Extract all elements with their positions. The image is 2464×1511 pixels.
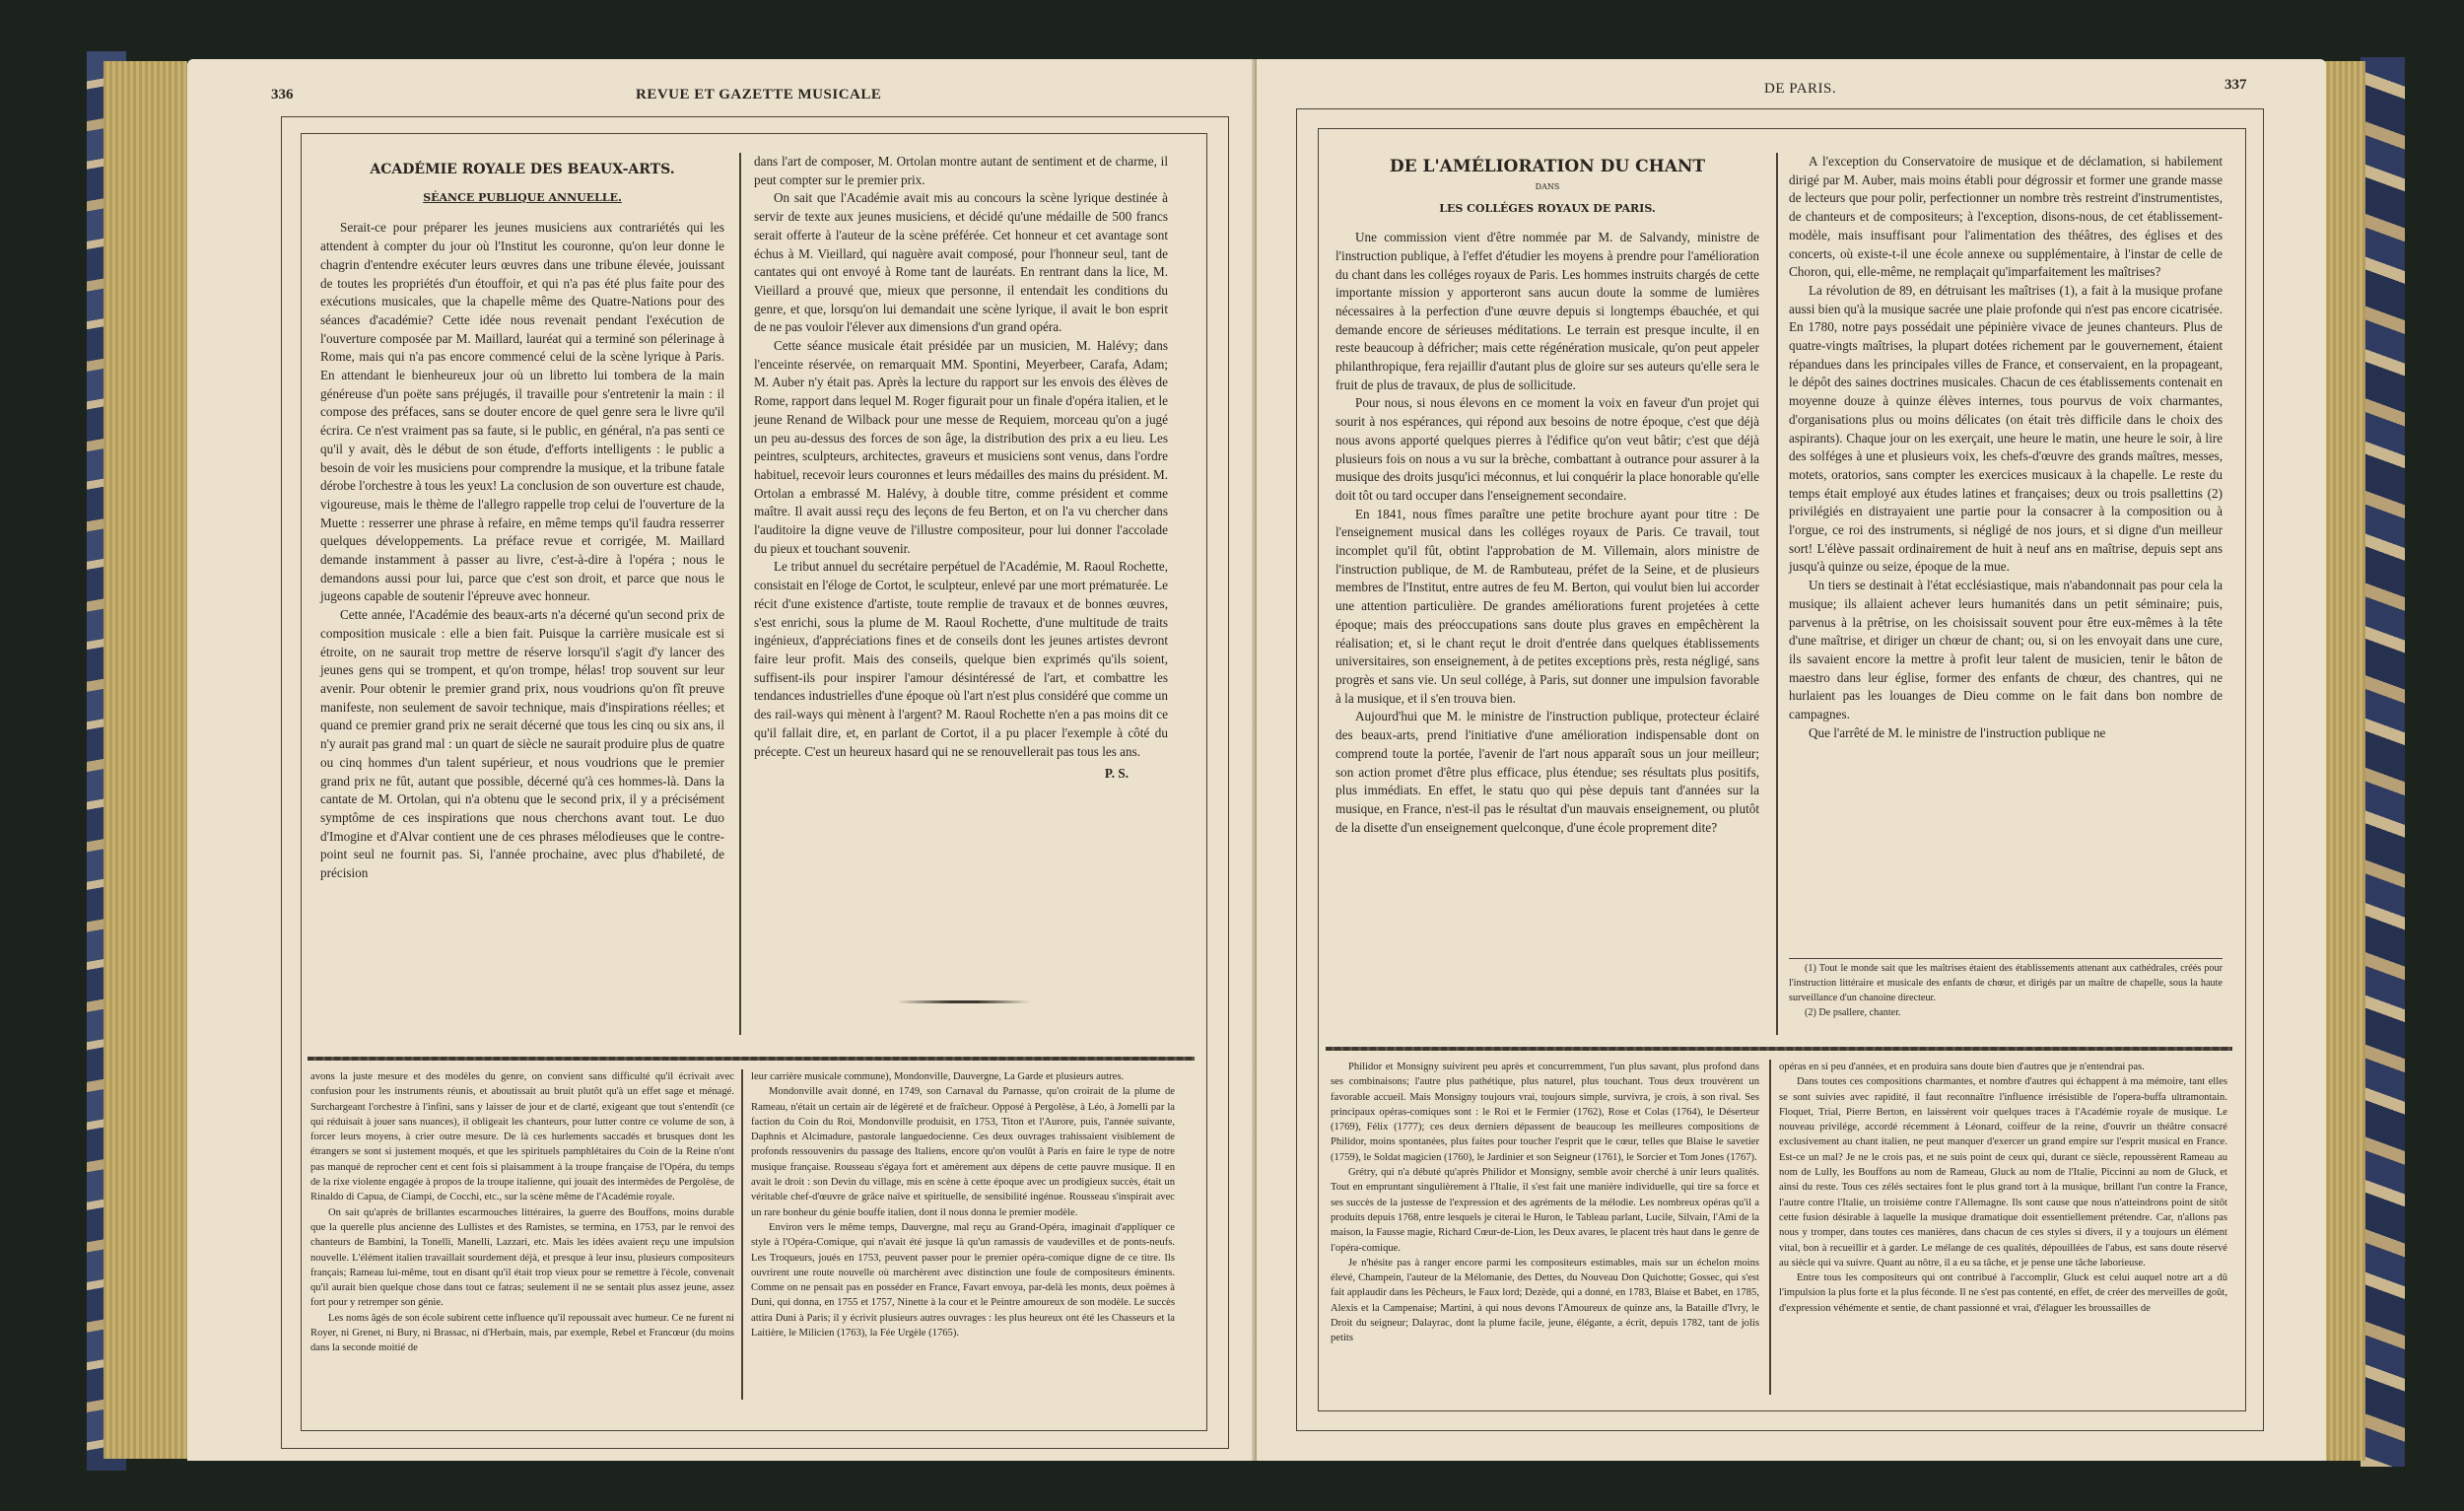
article-title-connector: DANS [1335, 178, 1759, 197]
page-number: 336 [271, 87, 294, 103]
article-column-1: DE L'AMÉLIORATION DU CHANT DANS LES COLL… [1335, 153, 1759, 837]
page-number: 337 [2224, 77, 2247, 94]
paragraph: Philidor et Monsigny suivirent peu après… [1331, 1060, 1759, 1165]
feuilleton-column-1: Philidor et Monsigny suivirent peu après… [1331, 1060, 1759, 1346]
paragraph: opéras en si peu d'années, et en produir… [1779, 1060, 2227, 1074]
article-title: ACADÉMIE ROYALE DES BEAUX-ARTS. [320, 161, 724, 179]
paragraph: Entre tous les compositeurs qui ont cont… [1779, 1271, 2227, 1316]
paragraph: Cette année, l'Académie des beaux-arts n… [320, 606, 724, 883]
paragraph: On sait que l'Académie avait mis au conc… [754, 189, 1168, 337]
running-head: REVUE ET GAZETTE MUSICALE [636, 87, 881, 103]
paragraph: Je n'hésite pas à ranger encore parmi le… [1331, 1256, 1759, 1346]
paragraph: On sait qu'après de brillantes escarmouc… [310, 1205, 734, 1311]
paragraph: Dans toutes ces compositions charmantes,… [1779, 1074, 2227, 1271]
paragraph: leur carrière musicale commune), Mondonv… [751, 1069, 1175, 1084]
running-head: DE PARIS. [1764, 81, 1836, 98]
feuilleton-column-1: avons la juste mesure et des modèles du … [310, 1069, 734, 1356]
book-cover-right-marbled [2361, 57, 2405, 1467]
left-page: 336 REVUE ET GAZETTE MUSICALE ACADÉMIE R… [187, 59, 1257, 1461]
feuilleton-separator [308, 1057, 1195, 1061]
paragraph: Les noms âgés de son école subirent cett… [310, 1311, 734, 1356]
paragraph: Serait-ce pour préparer les jeunes music… [320, 219, 724, 606]
signature: P. S. [754, 765, 1168, 784]
paragraph: Une commission vient d'être nommée par M… [1335, 229, 1759, 394]
fleuron-ornament [897, 1000, 1030, 1003]
paragraph: Que l'arrêté de M. le ministre de l'inst… [1789, 724, 2223, 743]
feuilleton-column-2: leur carrière musicale commune), Mondonv… [751, 1069, 1175, 1340]
article-subtitle: LES COLLÉGES ROYAUX DE PARIS. [1335, 200, 1759, 219]
column-divider [1769, 1060, 1771, 1395]
article-subtitle: SÉANCE PUBLIQUE ANNUELLE. [320, 189, 724, 208]
footnotes: (1) Tout le monde sait que les maîtrises… [1789, 961, 2223, 1020]
paragraph: En 1841, nous fîmes paraître une petite … [1335, 506, 1759, 709]
paragraph: Environ vers le même temps, Dauvergne, m… [751, 1220, 1175, 1340]
paragraph: Un tiers se destinait à l'état ecclésias… [1789, 577, 2223, 724]
article-column-2: dans l'art de composer, M. Ortolan montr… [754, 153, 1168, 784]
paragraph: Cette séance musicale était présidée par… [754, 337, 1168, 558]
footnote-2: (2) De psallere, chanter. [1789, 1005, 2223, 1020]
feuilleton-separator [1326, 1047, 2232, 1051]
article-title: DE L'AMÉLIORATION DU CHANT [1335, 158, 1759, 176]
page-edges-left [103, 61, 187, 1459]
paragraph: Mondonville avait donné, en 1749, son Ca… [751, 1084, 1175, 1220]
paragraph: Grétry, qui n'a débuté qu'après Philidor… [1331, 1165, 1759, 1256]
paragraph: La révolution de 89, en détruisant les m… [1789, 282, 2223, 577]
feuilleton-column-2: opéras en si peu d'années, et en produir… [1779, 1060, 2227, 1316]
paragraph: Pour nous, si nous élevons en ce moment … [1335, 394, 1759, 505]
article-column-2: A l'exception du Conservatoire de musiqu… [1789, 153, 2223, 743]
column-divider [1776, 153, 1778, 1035]
footnote-1: (1) Tout le monde sait que les maîtrises… [1789, 961, 2223, 1005]
paragraph: dans l'art de composer, M. Ortolan montr… [754, 153, 1168, 189]
paragraph: A l'exception du Conservatoire de musiqu… [1789, 153, 2223, 282]
column-divider [739, 153, 741, 1035]
paragraph: Le tribut annuel du secrétaire perpétuel… [754, 558, 1168, 761]
right-page: DE PARIS. 337 DE L'AMÉLIORATION DU CHANT… [1257, 59, 2326, 1461]
column-divider [741, 1069, 743, 1400]
article-column-1: ACADÉMIE ROYALE DES BEAUX-ARTS. SÉANCE P… [320, 153, 724, 883]
paragraph: Aujourd'hui que M. le ministre de l'inst… [1335, 708, 1759, 837]
footnote-rule [1789, 958, 2223, 959]
paragraph: avons la juste mesure et des modèles du … [310, 1069, 734, 1205]
page-edges-right [2321, 61, 2365, 1461]
